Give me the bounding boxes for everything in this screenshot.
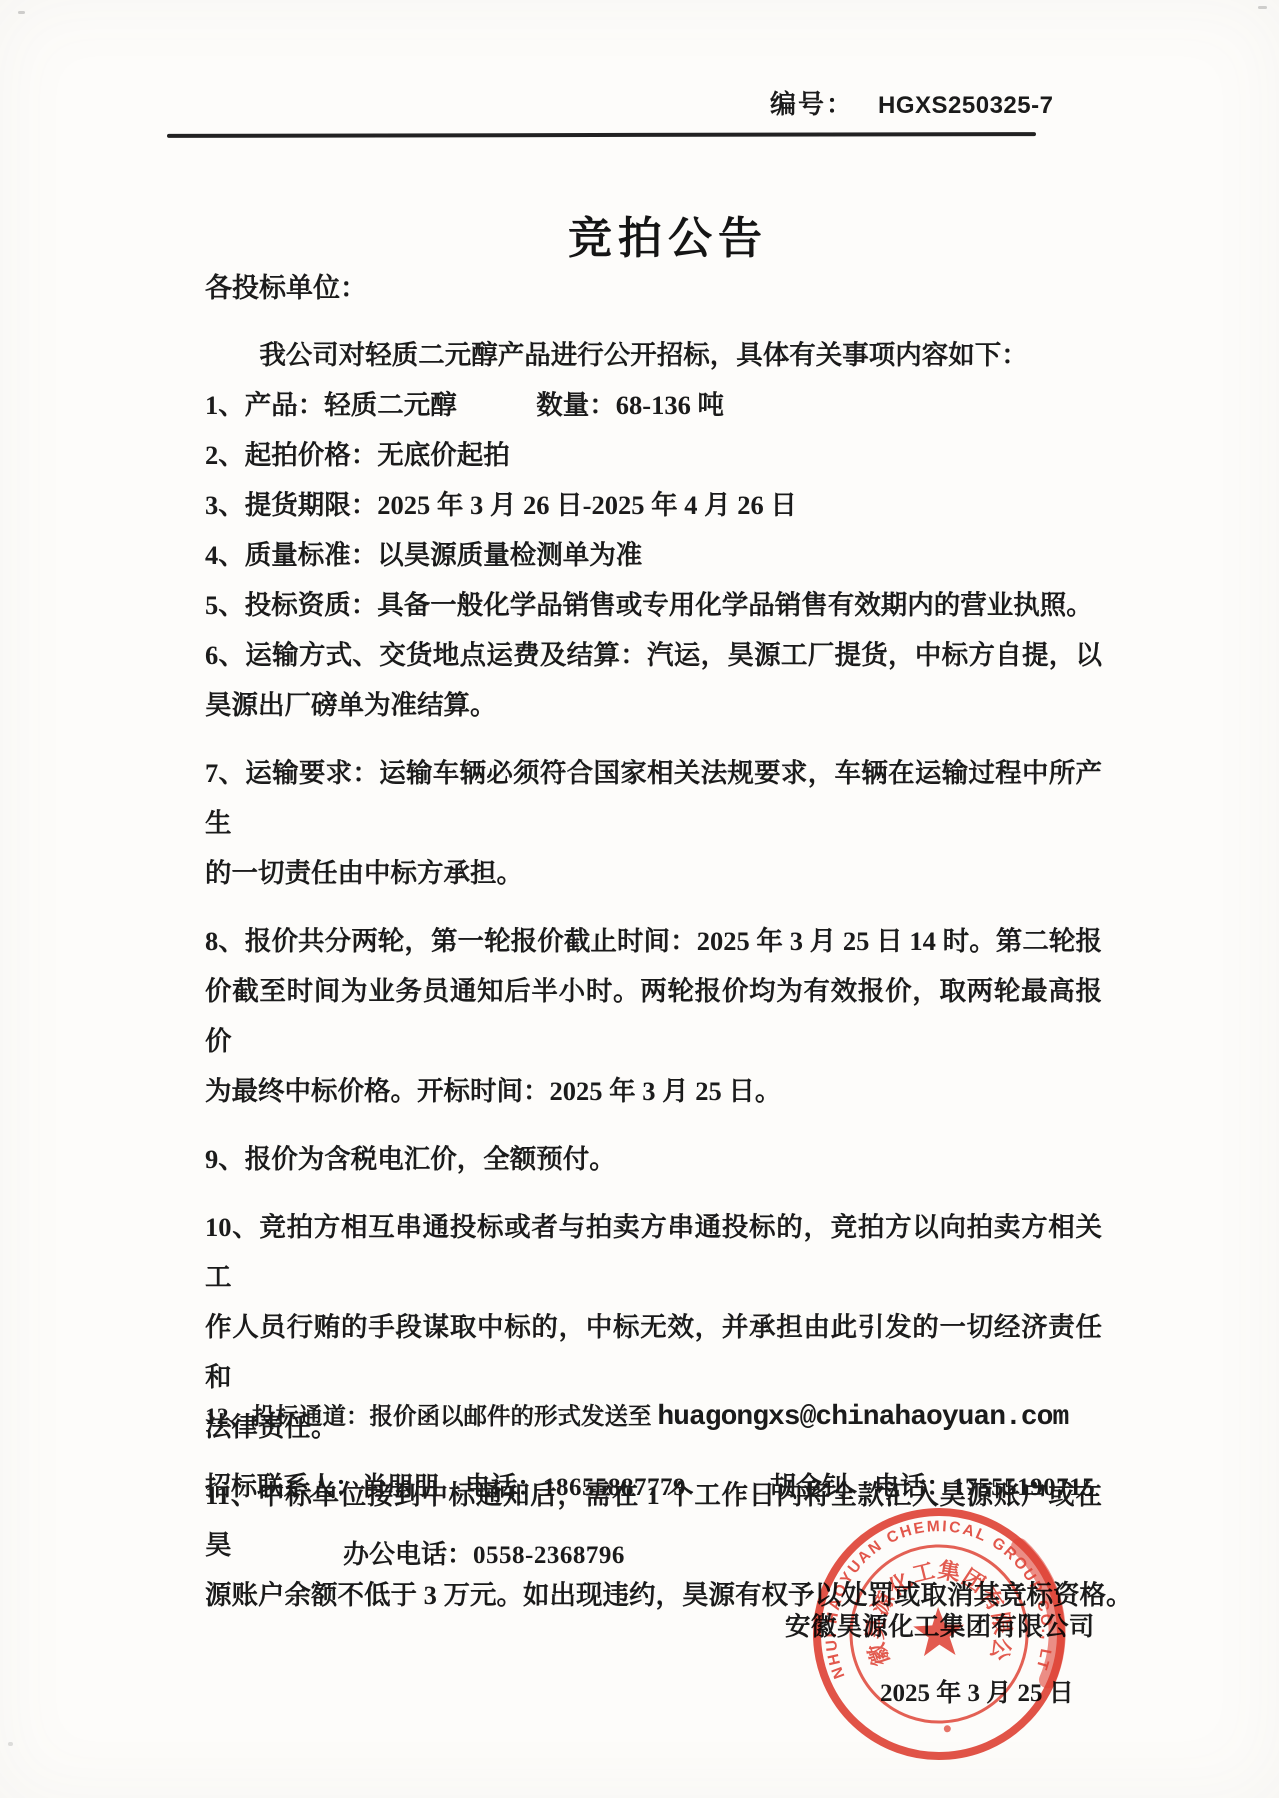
document-number-value: HGXS250325-7 — [878, 92, 1053, 119]
paragraph-line: 7、运输要求：运输车辆必须符合国家相关法规要求，车辆在运输过程中所产生 — [205, 748, 1102, 848]
contact1-phone: 18655887779 — [543, 1474, 686, 1501]
page-title: 竞拍公告 — [568, 202, 768, 266]
paragraph: 3、提货期限：2025 年 3 月 26 日-2025 年 4 月 26 日 — [205, 480, 1102, 530]
paragraph: 2、起拍价格：无底价起拍 — [205, 430, 1102, 480]
paragraph: 8、报价共分两轮，第一轮报价截止时间：2025 年 3 月 25 日 14 时。… — [205, 916, 1102, 1116]
bid-channel-line: 12、投标通道：报价函以邮件的形式发送至 huagongxs@chinahaoy… — [205, 1392, 1068, 1445]
company-seal-stamp: ANHUI HAOYUAN CHEMICAL GROUP CO., LTD 安徽… — [797, 1492, 1080, 1775]
paragraph: 4、质量标准：以昊源质量检测单为准 — [205, 530, 1102, 580]
paragraph-line: 1、产品：轻质二元醇 数量：68-136 吨 — [205, 380, 1102, 430]
paragraph-line: 6、运输方式、交货地点运费及结算：汽运，昊源工厂提货，中标方自提，以 — [205, 630, 1102, 680]
contact2-name: 胡金钊 — [770, 1472, 848, 1501]
paragraph: 5、投标资质：具备一般化学品销售或专用化学品销售有效期内的营业执照。 — [205, 580, 1102, 630]
salutation: 各投标单位： — [205, 263, 367, 313]
paragraph-line: 8、报价共分两轮，第一轮报价截止时间：2025 年 3 月 25 日 14 时。… — [205, 916, 1102, 966]
scan-noise — [18, 11, 25, 14]
paragraph: 9、报价为含税电汇价，全额预付。 — [205, 1134, 1102, 1184]
paragraph-line: 3、提货期限：2025 年 3 月 26 日-2025 年 4 月 26 日 — [205, 480, 1102, 530]
document-page: 编号：HGXS250325-7 竞拍公告 各投标单位： 我公司对轻质二元醇产品进… — [0, 0, 1279, 1798]
paragraph-line: 10、竞拍方相互串通投标或者与拍卖方串通投标的，竞拍方以向拍卖方相关工 — [205, 1202, 1102, 1302]
paragraph-line: 昊源出厂磅单为准结算。 — [205, 680, 1102, 730]
paragraph-line: 4、质量标准：以昊源质量检测单为准 — [205, 530, 1102, 580]
scan-noise — [8, 1742, 13, 1746]
paragraph: 1、产品：轻质二元醇 数量：68-136 吨 — [205, 380, 1102, 430]
paragraph: 我公司对轻质二元醇产品进行公开招标，具体有关事项内容如下： — [205, 330, 1102, 380]
phone-label: 电话： — [439, 1472, 543, 1501]
header-divider-line — [167, 132, 1036, 137]
office-phone-value: 0558-2368796 — [473, 1542, 625, 1569]
paragraph: 6、运输方式、交货地点运费及结算：汽运，昊源工厂提货，中标方自提，以昊源出厂磅单… — [205, 630, 1102, 730]
bid-email: huagongxs@chinahaoyuan.com — [657, 1402, 1068, 1433]
paragraph-line: 我公司对轻质二元醇产品进行公开招标，具体有关事项内容如下： — [205, 330, 1102, 380]
paragraph-line: 作人员行贿的手段谋取中标的，中标无效，并承担由此引发的一切经济责任和 — [205, 1302, 1102, 1402]
paragraph: 7、运输要求：运输车辆必须符合国家相关法规要求，车辆在运输过程中所产生的一切责任… — [205, 748, 1102, 898]
scan-noise — [1258, 6, 1267, 9]
seal-star-icon — [913, 1606, 966, 1656]
seal-ink-dot — [944, 1725, 951, 1732]
paragraph-line: 的一切责任由中标方承担。 — [205, 848, 1102, 898]
office-phone-line: 办公电话：0558-2368796 — [343, 1530, 625, 1581]
paragraph-line: 5、投标资质：具备一般化学品销售或专用化学品销售有效期内的营业执照。 — [205, 580, 1102, 630]
paragraph-line: 价截至时间为业务员通知后半小时。两轮报价均为有效报价，取两轮最高报价 — [205, 966, 1102, 1066]
paragraph-line: 9、报价为含税电汇价，全额预付。 — [205, 1134, 1102, 1184]
paragraph-line: 为最终中标价格。开标时间：2025 年 3 月 25 日。 — [205, 1066, 1102, 1116]
document-number-label: 编号： — [770, 89, 854, 119]
contact1-name: 肖朋朋 — [361, 1472, 439, 1501]
contacts-label: 招标联系人： — [205, 1472, 361, 1501]
bid-channel-text: 12、投标通道：报价函以邮件的形式发送至 — [205, 1404, 657, 1430]
paragraph-line: 2、起拍价格：无底价起拍 — [205, 430, 1102, 480]
office-phone-label: 办公电话： — [343, 1540, 473, 1569]
document-number: 编号：HGXS250325-7 — [770, 88, 1053, 121]
